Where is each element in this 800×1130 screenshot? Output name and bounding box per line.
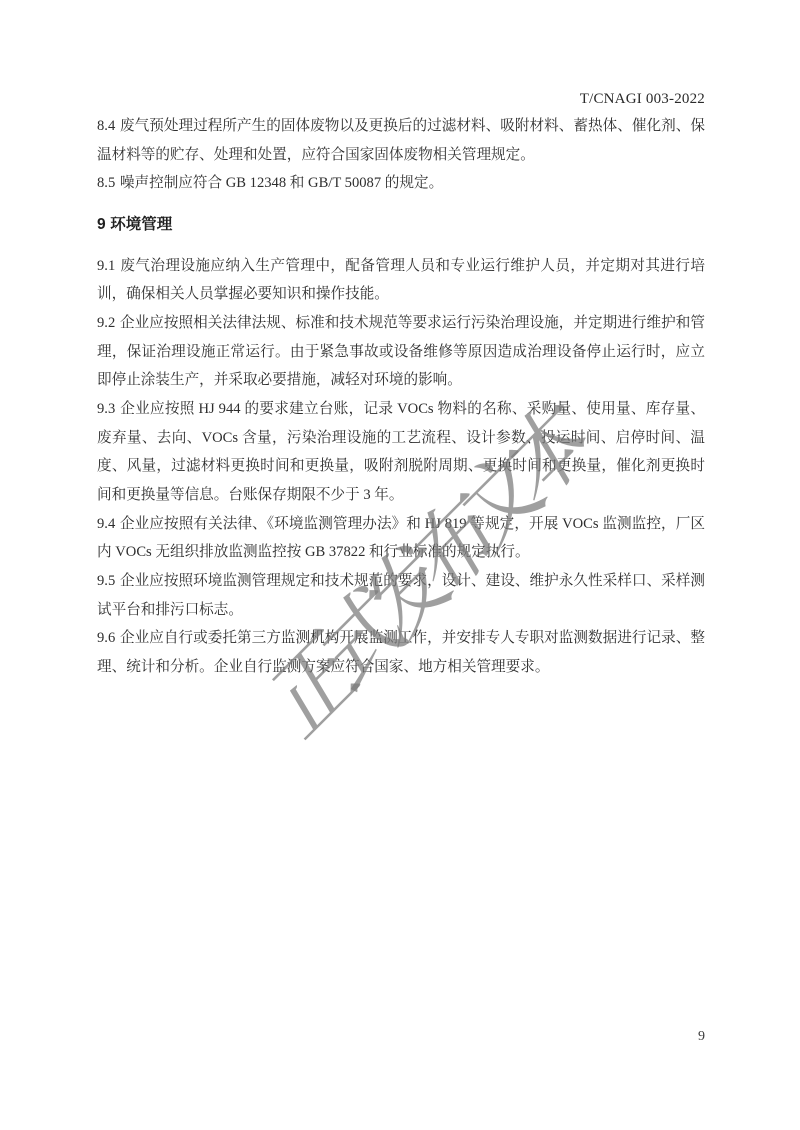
paragraph-8-5: 8.5噪声控制应符合 GB 12348 和 GB/T 50087 的规定。 — [97, 169, 705, 198]
paragraph-9-4: 9.4企业应按照有关法律、《环境监测管理办法》和 HJ 819 等规定，开展 V… — [97, 510, 705, 567]
page-header: T/CNAGI 003-2022 — [97, 91, 705, 108]
section-title: 环境管理 — [110, 216, 172, 233]
paragraph-9-1: 9.1废气治理设施应纳入生产管理中，配备管理人员和专业运行维护人员，并定期对其进… — [97, 252, 705, 309]
paragraph-number: 9.6 — [97, 630, 115, 646]
paragraph-text: 废气治理设施应纳入生产管理中，配备管理人员和专业运行维护人员，并定期对其进行培训… — [97, 258, 705, 303]
paragraph-9-5: 9.5企业应按照环境监测管理规定和技术规范的要求，设计、建设、维护永久性采样口、… — [97, 567, 705, 624]
document-content: 8.4废气预处理过程所产生的固体废物以及更换后的过滤材料、吸附材料、蓄热体、催化… — [97, 112, 705, 681]
paragraph-number: 9.5 — [97, 573, 115, 589]
page-number: 9 — [97, 1029, 705, 1045]
paragraph-text: 企业应按照环境监测管理规定和技术规范的要求，设计、建设、维护永久性采样口、采样测… — [97, 573, 705, 618]
paragraph-number: 9.4 — [97, 516, 115, 532]
standard-code: T/CNAGI 003-2022 — [580, 91, 705, 107]
paragraph-text: 企业应按照有关法律、《环境监测管理办法》和 HJ 819 等规定，开展 VOCs… — [97, 516, 705, 561]
paragraph-number: 9.3 — [97, 401, 115, 417]
paragraph-9-3: 9.3企业应按照 HJ 944 的要求建立台账，记录 VOCs 物料的名称、采购… — [97, 395, 705, 510]
paragraph-number: 9.1 — [97, 258, 115, 274]
paragraph-9-2: 9.2企业应按照相关法律法规、标准和技术规范等要求运行污染治理设施，并定期进行维… — [97, 309, 705, 395]
paragraph-text: 企业应按照相关法律法规、标准和技术规范等要求运行污染治理设施，并定期进行维护和管… — [97, 315, 705, 388]
section-number: 9 — [97, 216, 106, 233]
paragraph-text: 废气预处理过程所产生的固体废物以及更换后的过滤材料、吸附材料、蓄热体、催化剂、保… — [97, 118, 705, 163]
paragraph-number: 9.2 — [97, 315, 115, 331]
paragraph-text: 噪声控制应符合 GB 12348 和 GB/T 50087 的规定。 — [120, 175, 443, 191]
section-9-heading: 9环境管理 — [97, 211, 705, 240]
paragraph-text: 企业应自行或委托第三方监测机构开展监测工作，并安排专人专职对监测数据进行记录、整… — [97, 630, 705, 675]
document-page: T/CNAGI 003-2022 8.4废气预处理过程所产生的固体废物以及更换后… — [0, 0, 800, 1130]
paragraph-8-4: 8.4废气预处理过程所产生的固体废物以及更换后的过滤材料、吸附材料、蓄热体、催化… — [97, 112, 705, 169]
paragraph-text: 企业应按照 HJ 944 的要求建立台账，记录 VOCs 物料的名称、采购量、使… — [97, 401, 705, 503]
paragraph-number: 8.5 — [97, 175, 115, 191]
paragraph-9-6: 9.6企业应自行或委托第三方监测机构开展监测工作，并安排专人专职对监测数据进行记… — [97, 624, 705, 681]
paragraph-number: 8.4 — [97, 118, 115, 134]
